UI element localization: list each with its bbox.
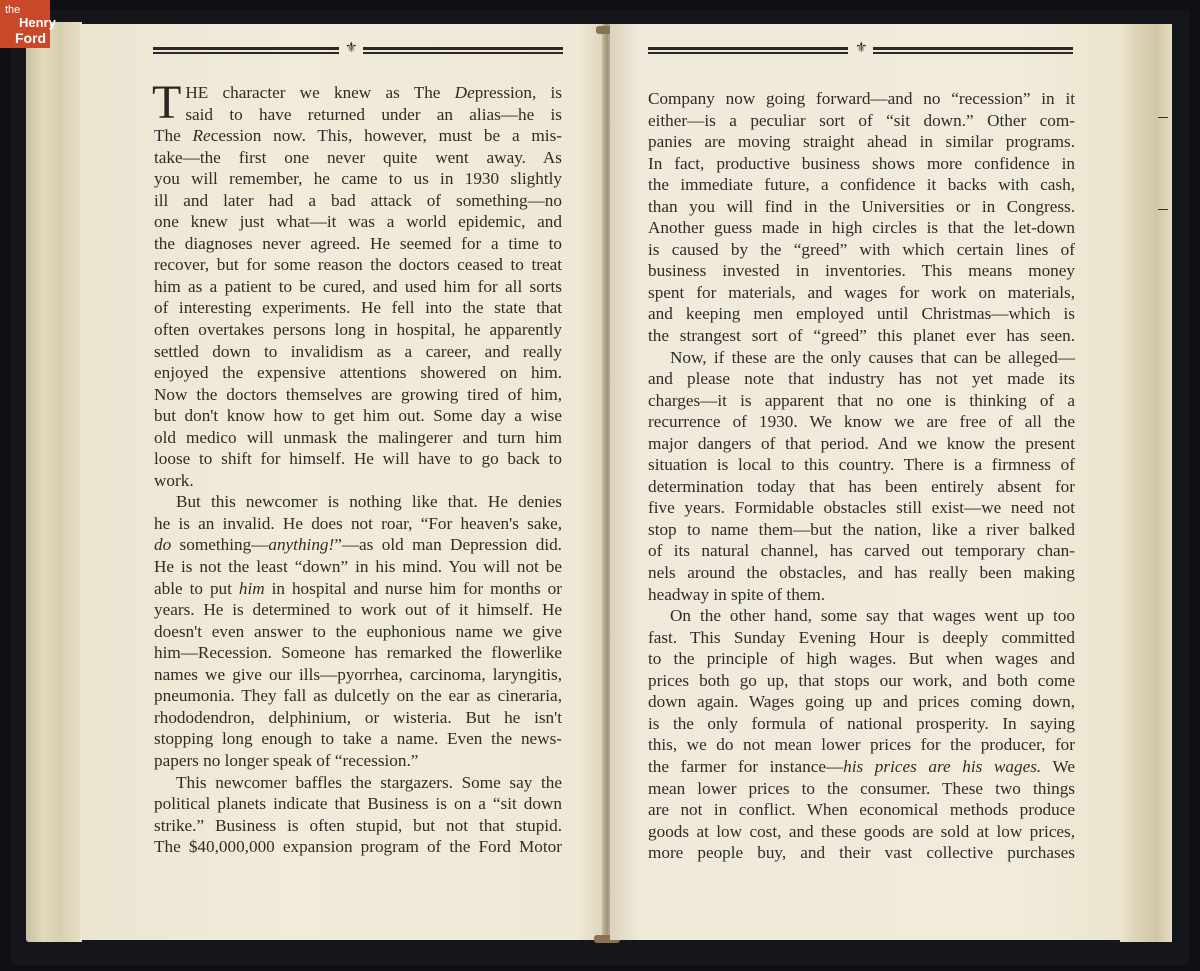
henry-ford-watermark-logo: the Henry Ford: [0, 0, 50, 48]
text-line: old medico will unmask the malingerer an…: [154, 427, 562, 449]
text-line: HE character we knew as The Depression, …: [154, 82, 562, 104]
drop-cap: T: [152, 83, 181, 123]
text-line: are not in conflict. When economical met…: [648, 799, 1075, 821]
text-line: nels around the obstacles, and has reall…: [648, 562, 1075, 584]
header-rule-right: ⚜: [648, 44, 1073, 58]
text-line: fast. This Sunday Evening Hour is deeply…: [648, 627, 1075, 649]
text-line: political planets indicate that Business…: [154, 793, 562, 815]
text-line: do something—anything!”—as old man Depre…: [154, 534, 562, 556]
text-line: He is not the least “down” in his mind. …: [154, 556, 562, 578]
text-line: the diagnoses never agreed. He seemed fo…: [154, 233, 562, 255]
text-line: major dangers of that period. And we kno…: [648, 433, 1075, 455]
text-line: loose to shift for himself. He will have…: [154, 448, 562, 470]
text-line: Now the doctors themselves are growing t…: [154, 384, 562, 406]
text-line: The $40,000,000 expansion program of the…: [154, 836, 562, 858]
text-line: Now, if these are the only causes that c…: [648, 347, 1075, 369]
logo-ford: Ford: [15, 31, 46, 45]
text-line: recurrence of 1930. We know we are free …: [648, 411, 1075, 433]
logo-henry: Henry: [19, 16, 56, 29]
text-line: recover, but for some reason the doctors…: [154, 254, 562, 276]
right-page-text: Company now going forward—and no “recess…: [648, 88, 1075, 864]
text-line: ill and later had a bad attack of someth…: [154, 190, 562, 212]
text-line: The Recession now. This, however, must b…: [154, 125, 562, 147]
text-line: this, we do not mean lower prices for th…: [648, 734, 1075, 756]
text-line: stopping long enough to take a name. Eve…: [154, 728, 562, 750]
text-line: the strangest sort of “greed” this plane…: [648, 325, 1075, 347]
text-line: but don't know how to get him out. Some …: [154, 405, 562, 427]
text-line: doesn't even answer to the euphonious na…: [154, 621, 562, 643]
text-line: In fact, productive business shows more …: [648, 153, 1075, 175]
text-line: mean lower prices to the consumer. These…: [648, 778, 1075, 800]
text-line: to the principle of high wages. But when…: [648, 648, 1075, 670]
text-line: of its natural channel, has carved out t…: [648, 540, 1075, 562]
text-line: On the other hand, some say that wages w…: [648, 605, 1075, 627]
fleur-de-lis-icon: ⚜: [855, 40, 868, 57]
text-line: prices both go up, that stops our work, …: [648, 670, 1075, 692]
text-line: is the only formula of national prosperi…: [648, 713, 1075, 735]
text-line: Company now going forward—and no “recess…: [648, 88, 1075, 110]
text-line: settled down to invalidism as a career, …: [154, 341, 562, 363]
text-line: charges—it is apparent that no one is th…: [648, 390, 1075, 412]
fleur-de-lis-icon: ⚜: [345, 40, 358, 57]
text-line: enjoyed the expensive attentions showere…: [154, 362, 562, 384]
text-line: take—the first one never quite went away…: [154, 147, 562, 169]
text-line: said to have returned under an alias—he …: [154, 104, 562, 126]
text-line: he is an invalid. He does not roar, “For…: [154, 513, 562, 535]
text-line: This newcomer baffles the stargazers. So…: [154, 772, 562, 794]
left-page-text: T HE character we knew as The Depression…: [154, 82, 562, 858]
text-line: is caused by the “greed” with which cert…: [648, 239, 1075, 261]
text-line: five years. Formidable obstacles still e…: [648, 497, 1075, 519]
text-line: and keeping men employed until Christmas…: [648, 303, 1075, 325]
text-line: than you will find in the Universities o…: [648, 196, 1075, 218]
text-line: and please note that industry has not ye…: [648, 368, 1075, 390]
text-line: goods at low cost, and these goods are s…: [648, 821, 1075, 843]
text-line: one knew just what—it was a world epidem…: [154, 211, 562, 233]
text-line: work.: [154, 470, 562, 492]
right-page: ⚜ Company now going forward—and no “rece…: [610, 24, 1122, 940]
text-line: headway in spite of them.: [648, 584, 1075, 606]
text-line: strike.” Business is often stupid, but n…: [154, 815, 562, 837]
text-line: But this newcomer is nothing like that. …: [154, 491, 562, 513]
text-line: more people buy, and their vast collecti…: [648, 842, 1075, 864]
text-line: of interesting experiments. He fell into…: [154, 297, 562, 319]
text-line: the farmer for instance—his prices are h…: [648, 756, 1075, 778]
header-rule-left: ⚜: [153, 44, 553, 58]
page-edges-left: [26, 22, 82, 942]
text-line: him as a patient to be cured, and used h…: [154, 276, 562, 298]
text-line: Another guess made in high circles is th…: [648, 217, 1075, 239]
text-line: able to put him in hospital and nurse hi…: [154, 578, 562, 600]
text-line: stop to name them—but the nation, like a…: [648, 519, 1075, 541]
text-line: down again. Wages going up and prices co…: [648, 691, 1075, 713]
logo-the: the: [5, 5, 20, 16]
text-line: names we give our ills—pyorrhea, carcino…: [154, 664, 562, 686]
text-line: panies are moving straight ahead in simi…: [648, 131, 1075, 153]
text-line: you will remember, he came to us in 1930…: [154, 168, 562, 190]
text-line: determination today that has been entire…: [648, 476, 1075, 498]
text-line: the immediate future, a confidence it ba…: [648, 174, 1075, 196]
text-line: business invested in inventories. This m…: [648, 260, 1075, 282]
text-line: rhododendron, delphinium, or wisteria. B…: [154, 707, 562, 729]
text-line: pneumonia. They fall as dulcetly on the …: [154, 685, 562, 707]
text-line: years. He is determined to work out of i…: [154, 599, 562, 621]
text-line: him—Recession. Someone has remarked the …: [154, 642, 562, 664]
text-line: often overtakes persons long in hospital…: [154, 319, 562, 341]
text-line: spent for materials, and wages for work …: [648, 282, 1075, 304]
left-page: ⚜ T HE character we knew as The Depressi…: [80, 24, 604, 940]
text-line: situation is local to this country. Ther…: [648, 454, 1075, 476]
text-line: papers no longer speak of “recession.”: [154, 750, 562, 772]
text-line: either—is a peculiar sort of “sit down.”…: [648, 110, 1075, 132]
page-edges-right: [1120, 24, 1172, 942]
